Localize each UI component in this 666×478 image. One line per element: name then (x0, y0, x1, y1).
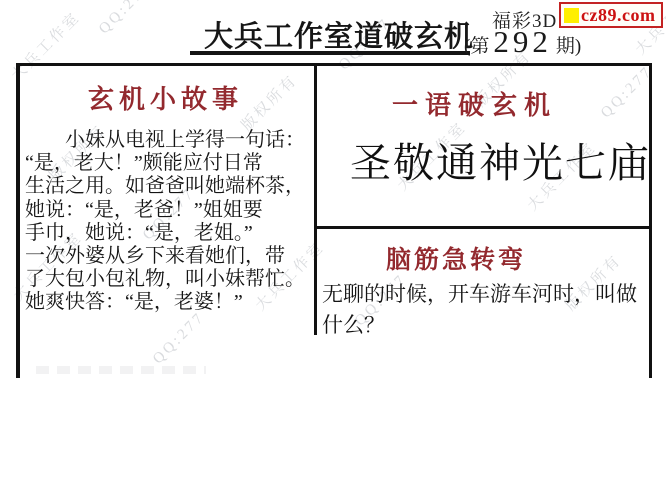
lottery-tip-sheet: { "header": { "title": "大兵工作室道破玄机", "lot… (0, 0, 666, 478)
riddle-section-heading: 脑筋急转弯 (386, 240, 526, 276)
riddle-line: 无聊的时候，开车游车河时，叫做 (322, 279, 652, 310)
riddle-question: 无聊的时候，开车游车河时，叫做 什么？ (322, 279, 652, 341)
page-title: 大兵工作室道破玄机 (204, 14, 474, 55)
issue-suffix: 期) (556, 31, 581, 58)
watermark-text: QQ:277 (96, 0, 155, 38)
title-underline (190, 51, 470, 55)
horizontal-divider (317, 226, 649, 229)
issue-number: 292 (489, 24, 556, 60)
story-line: 小妹从电视上学得一句话： (25, 129, 313, 152)
story-line: 一次外婆从乡下来看她们，带 (25, 245, 313, 268)
story-line: 她说：“是，老爸！”姐姐要 (25, 199, 313, 222)
story-line: 生活之用。如爸爸叫她端杯茶， (25, 175, 313, 198)
site-logo: cz89.com (559, 2, 663, 28)
riddle-line: 什么？ (322, 310, 652, 341)
issue-line: (第 292 期) (464, 24, 581, 60)
content-box: 玄机小故事 小妹从电视上学得一句话： “是，老大！”颇能应付日常 生活之用。如爸… (16, 63, 652, 378)
story-line: 手巾，她说：“是，老姐。” (25, 222, 313, 245)
issue-prefix: (第 (464, 31, 489, 58)
story-line: 她爽快答：“是，老婆！” (25, 291, 313, 314)
story-line: “是，老大！”颇能应付日常 (25, 152, 313, 175)
story-section-heading: 玄机小故事 (88, 79, 243, 116)
logo-yellow-square-icon (564, 8, 579, 23)
story-text: 小妹从电视上学得一句话： “是，老大！”颇能应付日常 生活之用。如爸爸叫她端杯茶… (25, 129, 313, 315)
hint-section-heading: 一语破玄机 (392, 85, 557, 122)
vertical-divider (314, 66, 317, 335)
faint-footer-smudge (36, 366, 206, 374)
logo-text: cz89.com (581, 5, 655, 26)
story-line: 了大包小包礼物，叫小妹帮忙。 (25, 268, 313, 291)
hint-phrase: 圣敬通神光七庙 (350, 130, 651, 189)
